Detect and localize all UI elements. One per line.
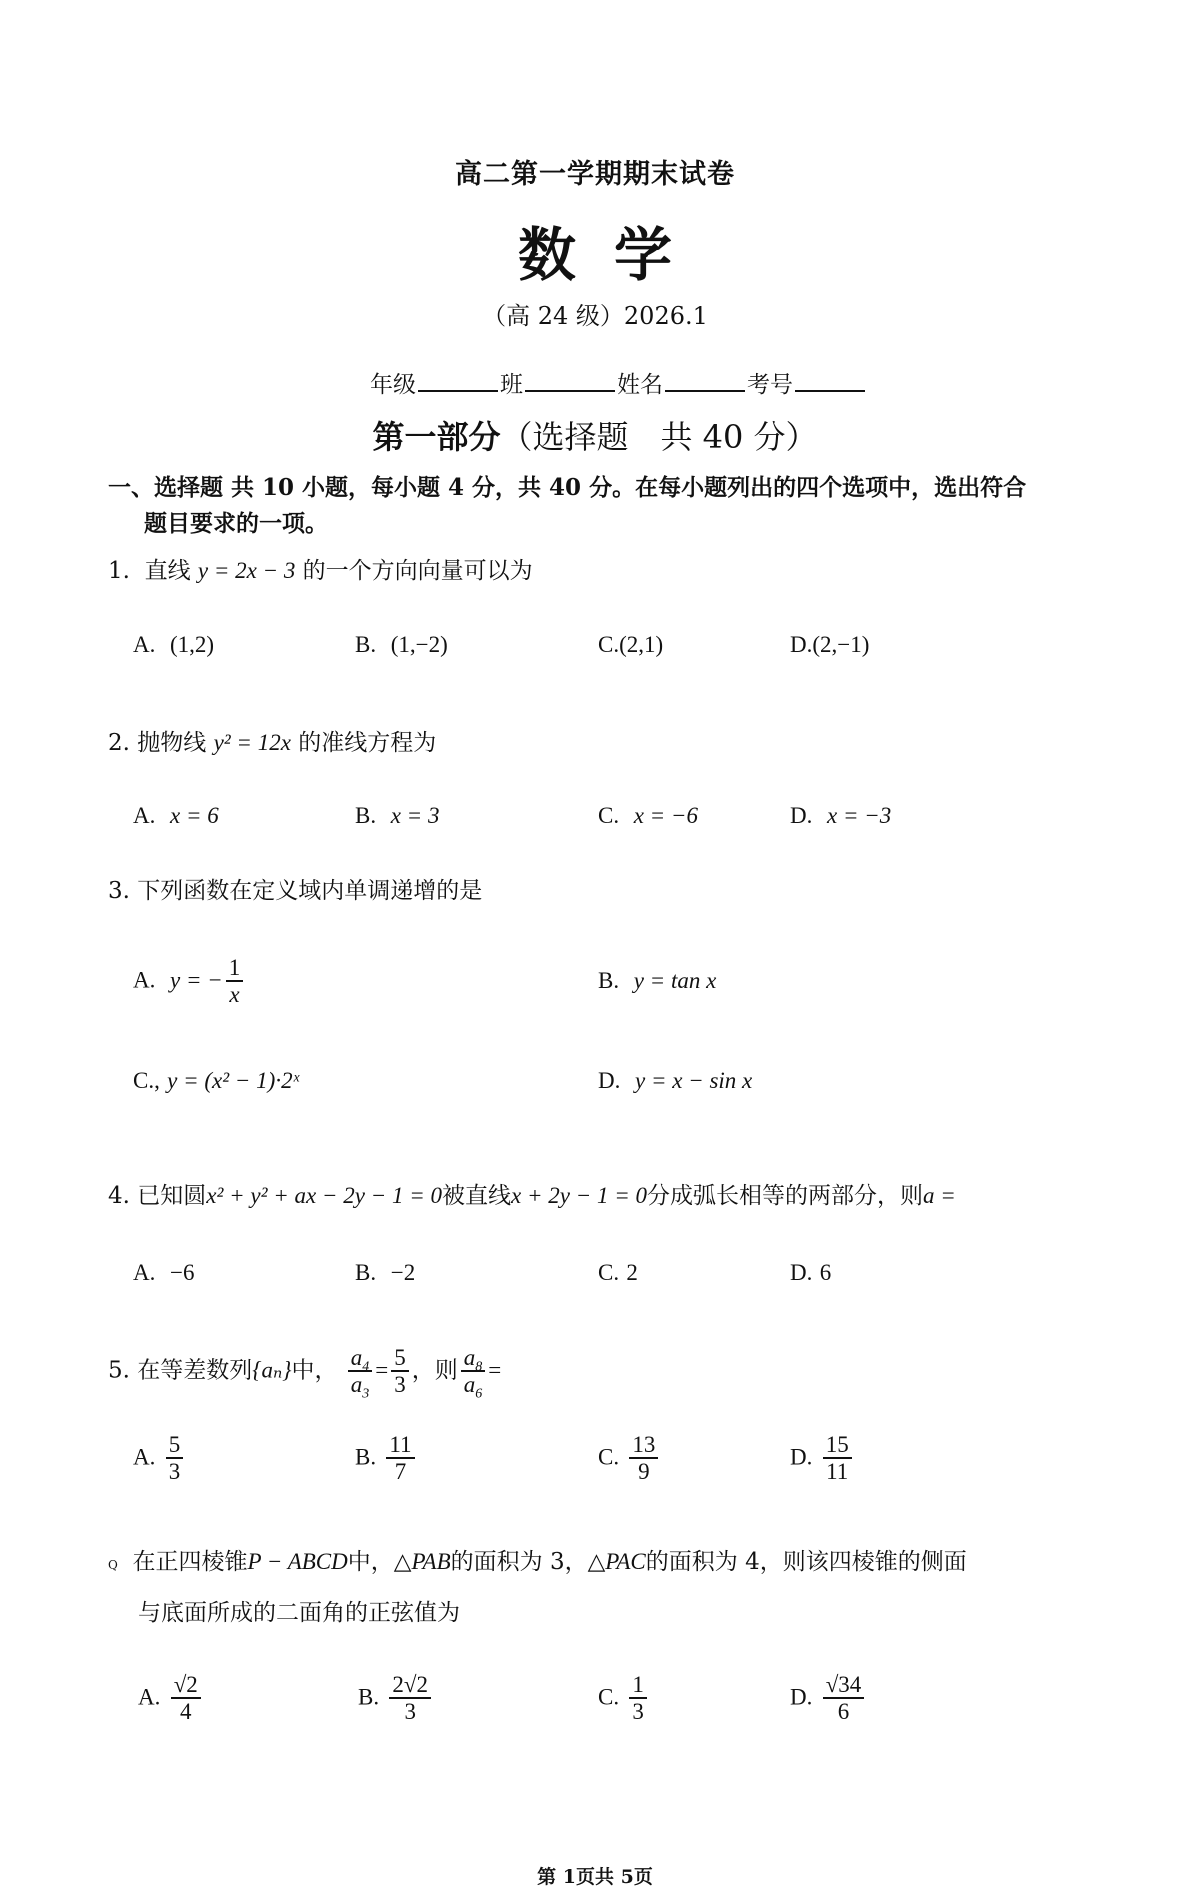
option-value: 6: [820, 1260, 832, 1285]
fraction: 1511: [823, 1432, 852, 1485]
option-label: A.: [138, 1684, 160, 1709]
stem-math: P − ABCD: [247, 1549, 347, 1574]
fraction: 13: [629, 1672, 647, 1725]
stem-text: 下列函数在定义域内单调递增的是: [137, 878, 482, 904]
option-value: x = −3: [827, 803, 891, 828]
name-blank[interactable]: [665, 368, 745, 392]
option-label: C.: [598, 1684, 619, 1709]
stem-text: ，则: [412, 1357, 458, 1383]
page-number: 第 1页共 5页: [0, 1862, 1190, 1889]
stem-math: y = 2x − 3: [198, 558, 295, 583]
given-fraction-left: a4a3: [348, 1345, 373, 1398]
instructions-line-1: 一、选择题 共 10 小题，每小题 4 分，共 40 分。在每小题列出的四个选项…: [108, 470, 1068, 506]
option-label: A.: [133, 632, 155, 657]
stem-text: 已知圆: [137, 1183, 206, 1209]
stem-math: PAB: [411, 1549, 450, 1574]
question-6-option-b[interactable]: B. 2√23: [358, 1672, 434, 1725]
option-label: A.: [133, 803, 155, 828]
question-2-option-b[interactable]: B. x = 3: [355, 803, 439, 829]
question-3-stem: 3. 下列函数在定义域内单调递增的是: [108, 872, 482, 905]
question-6-option-a[interactable]: A. √24: [138, 1672, 204, 1725]
grade-blank[interactable]: [418, 368, 498, 392]
question-3-option-b[interactable]: B. y = tan x: [598, 968, 716, 994]
ask-fraction: a8a6: [461, 1345, 486, 1398]
stem-text: 中，: [291, 1357, 337, 1383]
option-label: D.: [790, 1444, 812, 1469]
question-2-option-d[interactable]: D. x = −3: [790, 803, 891, 829]
exam-number-blank[interactable]: [795, 368, 865, 392]
option-label: B.: [355, 803, 376, 828]
question-1-stem: 1. 直线 y = 2x − 3 的一个方向向量可以为: [108, 552, 533, 585]
question-number: 1.: [108, 558, 130, 584]
class-blank[interactable]: [525, 368, 615, 392]
question-4-stem: 4. 已知圆x² + y² + ax − 2y − 1 = 0被直线x + 2y…: [108, 1177, 956, 1210]
stem-text: 的面积为 3，△: [451, 1549, 606, 1575]
fraction: √346: [823, 1672, 865, 1725]
option-value: x = 3: [391, 803, 440, 828]
option-label: B.: [355, 1444, 376, 1469]
section-title-bold: 第一部分: [372, 418, 500, 456]
option-label: C.: [598, 632, 619, 657]
stem-math: PAC: [605, 1549, 645, 1574]
option-label: A.: [133, 1260, 155, 1285]
stem-text: 在正四棱锥: [132, 1549, 247, 1575]
option-value: x = 6: [170, 803, 219, 828]
question-4-option-c[interactable]: C. 2: [598, 1260, 638, 1286]
fraction: 1x: [226, 955, 244, 1008]
question-4-option-b[interactable]: B. −2: [355, 1260, 415, 1286]
question-3-option-c[interactable]: C., y = (x² − 1)·2ˣ: [133, 1068, 299, 1094]
option-label: B.: [598, 968, 619, 993]
option-label: D.: [790, 1260, 812, 1285]
stem-text: 的准线方程为: [298, 730, 436, 756]
fraction: 53: [166, 1432, 184, 1485]
grade-label: 年级: [370, 372, 416, 398]
student-info-line: 年级班姓名考号: [370, 366, 867, 399]
fraction: 139: [629, 1432, 658, 1485]
option-value: −2: [391, 1260, 415, 1285]
stem-math: a =: [923, 1183, 956, 1208]
option-value: (2,−1): [812, 632, 869, 657]
class-label: 班: [500, 372, 523, 398]
stem-text: 抛物线: [137, 730, 206, 756]
option-value: (1,2): [170, 632, 214, 657]
question-1-option-d[interactable]: D.(2,−1): [790, 632, 869, 658]
option-value: 2: [626, 1260, 638, 1285]
option-value: −6: [170, 1260, 194, 1285]
section-title-rest: （选择题 共 40 分）: [500, 418, 817, 456]
name-label: 姓名: [617, 372, 663, 398]
stem-text: 被直线: [442, 1183, 511, 1209]
option-label: D.: [790, 632, 812, 657]
question-4-option-d[interactable]: D. 6: [790, 1260, 831, 1286]
question-2-option-c[interactable]: C. x = −6: [598, 803, 698, 829]
question-2-option-a[interactable]: A. x = 6: [133, 803, 219, 829]
stem-text: 的面积为 4，则该四棱锥的侧面: [646, 1549, 967, 1575]
question-number: 4.: [108, 1183, 130, 1209]
option-label: B.: [355, 632, 376, 657]
question-5-option-b[interactable]: B. 117: [355, 1432, 418, 1485]
stem-math: {aₙ}: [252, 1357, 291, 1382]
option-value: y = −: [170, 967, 223, 992]
option-label: A.: [133, 967, 155, 992]
stem-math: x + 2y − 1 = 0: [511, 1183, 647, 1208]
option-label: B.: [355, 1260, 376, 1285]
question-6-option-c[interactable]: C. 13: [598, 1672, 650, 1725]
option-value: y = tan x: [634, 968, 717, 993]
instructions-line-2: 题目要求的一项。: [108, 506, 1068, 542]
option-label: C.: [598, 1444, 619, 1469]
option-label: C.,: [133, 1068, 160, 1093]
stem-text: 在等差数列: [137, 1357, 252, 1383]
question-number: 2.: [108, 730, 130, 756]
question-number: Q: [108, 1558, 118, 1572]
question-2-stem: 2. 抛物线 y² = 12x 的准线方程为: [108, 724, 436, 757]
grade-date: （高 24 级）2026.1: [0, 296, 1190, 331]
question-4-option-a[interactable]: A. −6: [133, 1260, 194, 1286]
subject-title: 数学: [0, 208, 1190, 292]
question-1-option-c[interactable]: C.(2,1): [598, 632, 663, 658]
given-fraction-right: 53: [391, 1345, 409, 1398]
option-value: (1,−2): [391, 632, 448, 657]
option-value: x = −6: [634, 803, 698, 828]
option-label: B.: [358, 1684, 379, 1709]
question-1-option-b[interactable]: B. (1,−2): [355, 632, 448, 658]
exam-title: 高二第一学期期末试卷: [0, 152, 1190, 191]
question-5-option-d[interactable]: D. 1511: [790, 1432, 855, 1485]
stem-math: y² = 12x: [214, 730, 291, 755]
stem-text: 直线: [145, 558, 191, 584]
question-3-option-a[interactable]: A. y = −1x: [133, 955, 246, 1008]
stem-text: 中，△: [348, 1549, 412, 1575]
question-3-option-d[interactable]: D. y = x − sin x: [598, 1068, 752, 1094]
question-6-stem-line-1: Q 在正四棱锥P − ABCD中，△PAB的面积为 3，△PAC的面积为 4，则…: [108, 1543, 967, 1576]
question-1-option-a[interactable]: A. (1,2): [133, 632, 214, 658]
question-5-option-c[interactable]: C. 139: [598, 1432, 661, 1485]
option-label: C.: [598, 803, 619, 828]
stem-math: x² + y² + ax − 2y − 1 = 0: [206, 1183, 442, 1208]
option-value: y = (x² − 1)·2ˣ: [167, 1068, 299, 1093]
option-label: C.: [598, 1260, 619, 1285]
fraction: √24: [171, 1672, 201, 1725]
option-label: D.: [790, 803, 812, 828]
exam-number-label: 考号: [747, 372, 793, 398]
question-number: 3.: [108, 878, 130, 904]
option-label: D.: [790, 1684, 812, 1709]
section-heading: 第一部分（选择题 共 40 分）: [0, 412, 1190, 458]
stem-text: 的一个方向向量可以为: [303, 558, 533, 584]
question-6-stem-line-2: 与底面所成的二面角的正弦值为: [138, 1594, 460, 1627]
question-6-option-d[interactable]: D. √346: [790, 1672, 867, 1725]
fraction: 117: [386, 1432, 414, 1485]
instructions: 一、选择题 共 10 小题，每小题 4 分，共 40 分。在每小题列出的四个选项…: [108, 470, 1068, 542]
fraction: 2√23: [389, 1672, 431, 1725]
stem-text: 分成弧长相等的两部分，则: [647, 1183, 923, 1209]
question-5-stem: 5. 在等差数列{aₙ}中， a4a3=53，则a8a6=: [108, 1345, 501, 1398]
question-number: 5.: [108, 1357, 130, 1383]
option-value: y = x − sin x: [635, 1068, 752, 1093]
option-label: A.: [133, 1444, 155, 1469]
option-value: (2,1): [619, 632, 663, 657]
option-label: D.: [598, 1068, 620, 1093]
question-5-option-a[interactable]: A. 53: [133, 1432, 186, 1485]
